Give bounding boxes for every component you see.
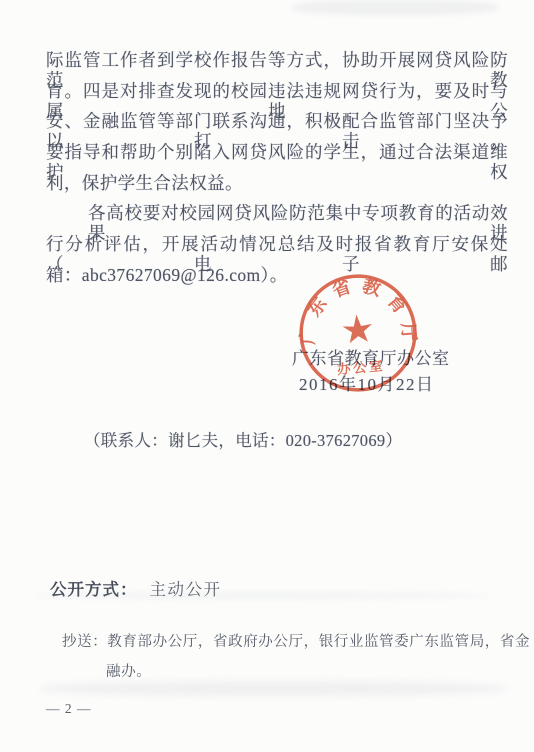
- cc-line-1: 抄送：教育部办公厅，省政府办公厅，银行业监管委广东监管局，省金: [62, 630, 530, 651]
- seal-bottom-text: 办公室: [336, 357, 385, 377]
- body-line-email: 箱：abc37627069@126.com）。: [46, 265, 508, 285]
- page-number: — 2 —: [46, 701, 92, 717]
- disclosure-value: 主动公开: [150, 580, 222, 599]
- disclosure-line: 公开方式：主动公开: [50, 576, 222, 600]
- official-seal: 广东省教育厅 办公室: [291, 266, 425, 400]
- seal-arc-text: 广东省教育厅: [291, 270, 419, 351]
- disclosure-label: 公开方式：: [50, 580, 138, 599]
- scan-artifact: [40, 681, 508, 696]
- cc-line-2: 融办。: [106, 660, 151, 681]
- body-line: 利，保护学生合法权益。: [46, 173, 508, 193]
- seal-star-icon: [342, 313, 374, 343]
- scan-artifact: [292, 0, 498, 15]
- contact-line: （联系人：谢匕夫，电话：020-37627069）: [84, 427, 402, 451]
- document-page: 际监管工作者到学校作报告等方式，协助开展网贷风险防范教 育。四是对排查发现的校园…: [0, 0, 534, 752]
